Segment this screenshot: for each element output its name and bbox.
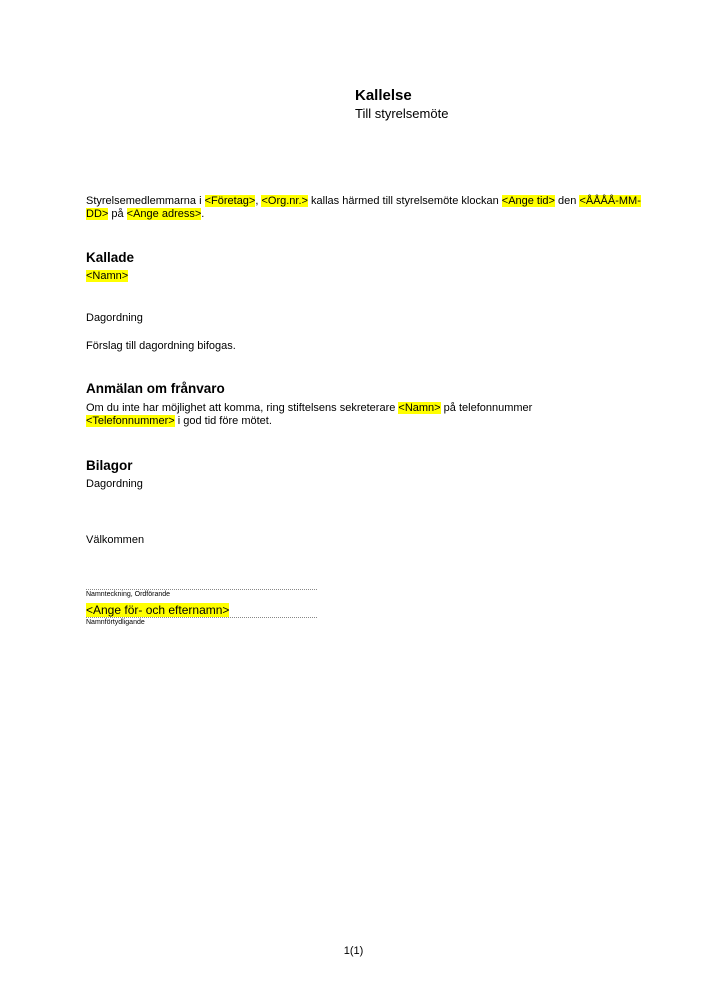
absence-text: i god tid före mötet. xyxy=(175,415,272,427)
signature-name-placeholder[interactable]: <Ange för- och efternamn> xyxy=(86,603,229,617)
document-subtitle: Till styrelsemöte xyxy=(355,106,448,121)
document-title: Kallelse xyxy=(355,87,412,104)
company-placeholder[interactable]: <Företag> xyxy=(205,195,256,207)
signature-label: Namnteckning, Ordförande xyxy=(86,591,170,598)
address-placeholder[interactable]: <Ange adress> xyxy=(127,208,202,220)
phone-placeholder[interactable]: <Telefonnummer> xyxy=(86,415,175,427)
page-number: 1(1) xyxy=(0,945,707,957)
intro-text: den xyxy=(555,195,579,207)
intro-paragraph: Styrelsemedlemmarna i <Företag>, <Org.nr… xyxy=(86,195,646,221)
kallade-heading: Kallade xyxy=(86,250,134,265)
agenda-label: Dagordning xyxy=(86,312,143,325)
intro-text: . xyxy=(201,208,204,220)
org-nr-placeholder[interactable]: <Org.nr.> xyxy=(261,195,307,207)
clarification-label: Namnförtydligande xyxy=(86,619,145,626)
intro-text: kallas härmed till styrelsemöte klockan xyxy=(308,195,502,207)
clarification-line xyxy=(86,617,317,618)
absence-text: Om du inte har möjlighet att komma, ring… xyxy=(86,402,398,414)
secretary-name-placeholder[interactable]: <Namn> xyxy=(398,402,440,414)
attachments-heading: Bilagor xyxy=(86,458,133,473)
time-placeholder[interactable]: <Ange tid> xyxy=(502,195,555,207)
closing-text: Välkommen xyxy=(86,534,144,547)
absence-heading: Anmälan om frånvaro xyxy=(86,381,225,396)
absence-paragraph: Om du inte har möjlighet att komma, ring… xyxy=(86,402,646,428)
signature-name-line: <Ange för- och efternamn> xyxy=(86,603,229,617)
attachment-item: Dagordning xyxy=(86,478,143,491)
agenda-text: Förslag till dagordning bifogas. xyxy=(86,340,236,353)
intro-text: på xyxy=(108,208,126,220)
kallade-name-line: <Namn> xyxy=(86,270,128,283)
absence-text: på telefonnummer xyxy=(441,402,533,414)
kallade-name-placeholder[interactable]: <Namn> xyxy=(86,270,128,282)
signature-line xyxy=(86,589,317,590)
intro-text: Styrelsemedlemmarna i xyxy=(86,195,205,207)
